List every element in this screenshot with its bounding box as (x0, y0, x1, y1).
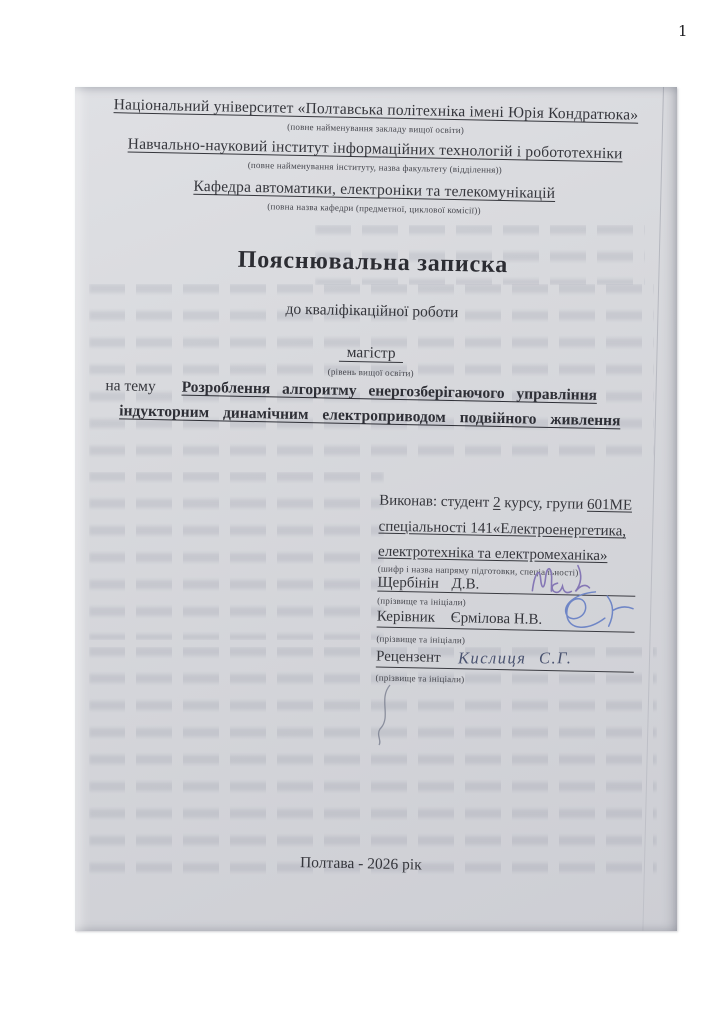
city-year: Полтава - 2026 рік (60, 848, 662, 879)
degree-level: магістр (339, 344, 404, 363)
supervisor-name: Єрмілова Н.В. (451, 610, 543, 628)
student-caption: (прізвище та ініціали) (377, 596, 466, 609)
specialty-line-1: спеціальності 141«Електроенергетика, (378, 518, 640, 542)
reviewer-handwritten-name: Кислиця С.Г. (458, 648, 572, 669)
supervisor-signature-scribble (553, 587, 638, 635)
document-subtitle: до кваліфікаційної роботи (71, 295, 673, 326)
reviewer-signature-row: Рецензент Кислиця С.Г. (376, 646, 634, 673)
reviewer-label: Рецензент (376, 649, 441, 666)
performed-by-line: Виконав: студент 2 курсу, групи 601МЕ (379, 492, 641, 516)
performed-mid: курсу, групи (500, 495, 587, 513)
topic-title-part1: Розроблення алгоритму енергозберігаючого… (181, 379, 597, 404)
topic-label: на тему (105, 377, 156, 395)
document-title: Пояснювальна записка (72, 241, 674, 283)
topic-line-2: індукторним динамічним електроприводом п… (79, 401, 661, 432)
title-page-content: Національний університет «Полтавська пол… (58, 86, 677, 942)
performed-prefix: Виконав: студент (379, 493, 493, 511)
reviewer-caption: (прізвище та ініціали) (375, 673, 464, 686)
page-number: 1 (678, 22, 688, 40)
group-code: 601МЕ (587, 497, 632, 514)
supervisor-caption: (прізвище та ініціали) (376, 634, 465, 647)
supervisor-signature-row: Керівник Єрмілова Н.В. (377, 608, 635, 633)
supervisor-label: Керівник (377, 609, 435, 626)
credentials-block: Виконав: студент 2 курсу, групи 601МЕ сп… (379, 492, 641, 497)
scanned-paper: Національний університет «Полтавська пол… (75, 87, 677, 931)
student-name: Щербінін Д.В. (377, 575, 479, 593)
